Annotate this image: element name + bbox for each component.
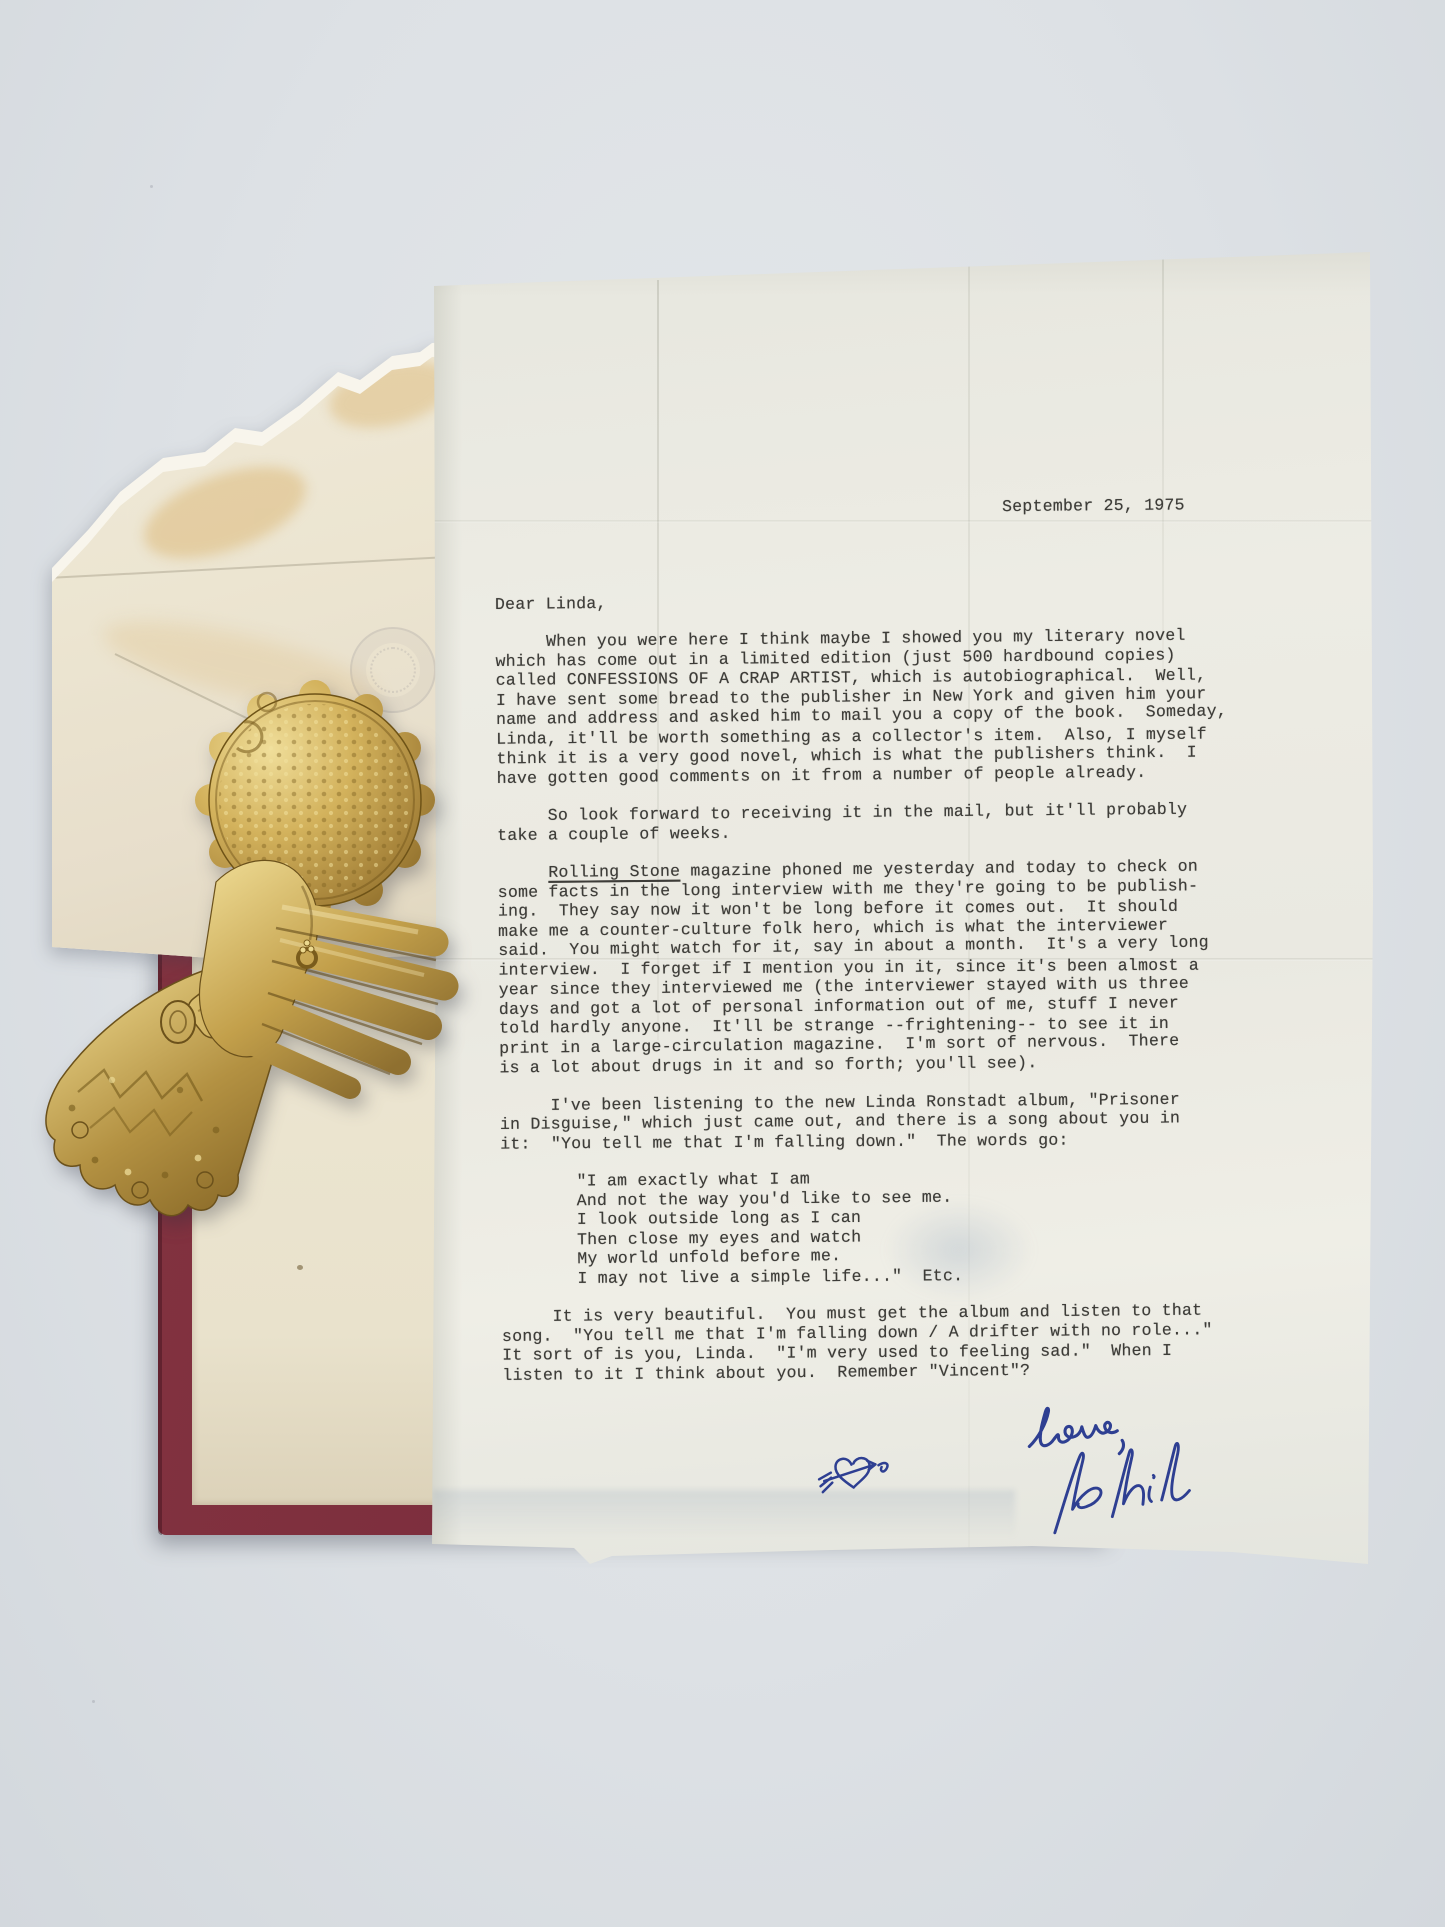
paragraph-2: So look forward to receiving it in the m…	[497, 799, 1217, 845]
photo-scene: September 25, 1975 Dear Linda, When you …	[0, 0, 1445, 1927]
page-speck	[297, 1265, 303, 1270]
salutation: Dear Linda,	[495, 588, 1215, 614]
signature-phil-handwriting: Phil	[1032, 1427, 1204, 1548]
heart-arrow-doodle: heart-with-arrow	[815, 1446, 913, 1506]
lyric-line: I may not live a simple life..." Etc.	[577, 1264, 1221, 1288]
lyrics-block: "I am exactly what I am And not the way …	[500, 1165, 1221, 1289]
indent	[497, 863, 548, 882]
letter-text: September 25, 1975 Dear Linda, When you …	[494, 495, 1223, 1403]
paragraph-1: When you were here I think maybe I showe…	[495, 625, 1216, 788]
paper-edge-shade	[432, 252, 1373, 296]
cuff-medallion	[161, 1001, 195, 1043]
paragraph-3: Rolling Stone magazine phoned me yesterd…	[497, 856, 1219, 1077]
rolling-stone-underlined: Rolling Stone	[548, 862, 680, 882]
dust-speck	[150, 185, 153, 188]
brass-hand-clip	[20, 660, 460, 1250]
paragraph-5: It is very beautiful. You must get the a…	[502, 1300, 1223, 1385]
dust-speck	[92, 1700, 95, 1703]
letter-date: September 25, 1975	[1002, 495, 1214, 517]
paragraph-4: I've been listening to the new Linda Ron…	[500, 1089, 1221, 1154]
letter-sheet: September 25, 1975 Dear Linda, When you …	[432, 252, 1373, 1572]
envelope-fold-crease-horizontal	[48, 555, 468, 579]
paper-shadow-band	[432, 1490, 1015, 1538]
